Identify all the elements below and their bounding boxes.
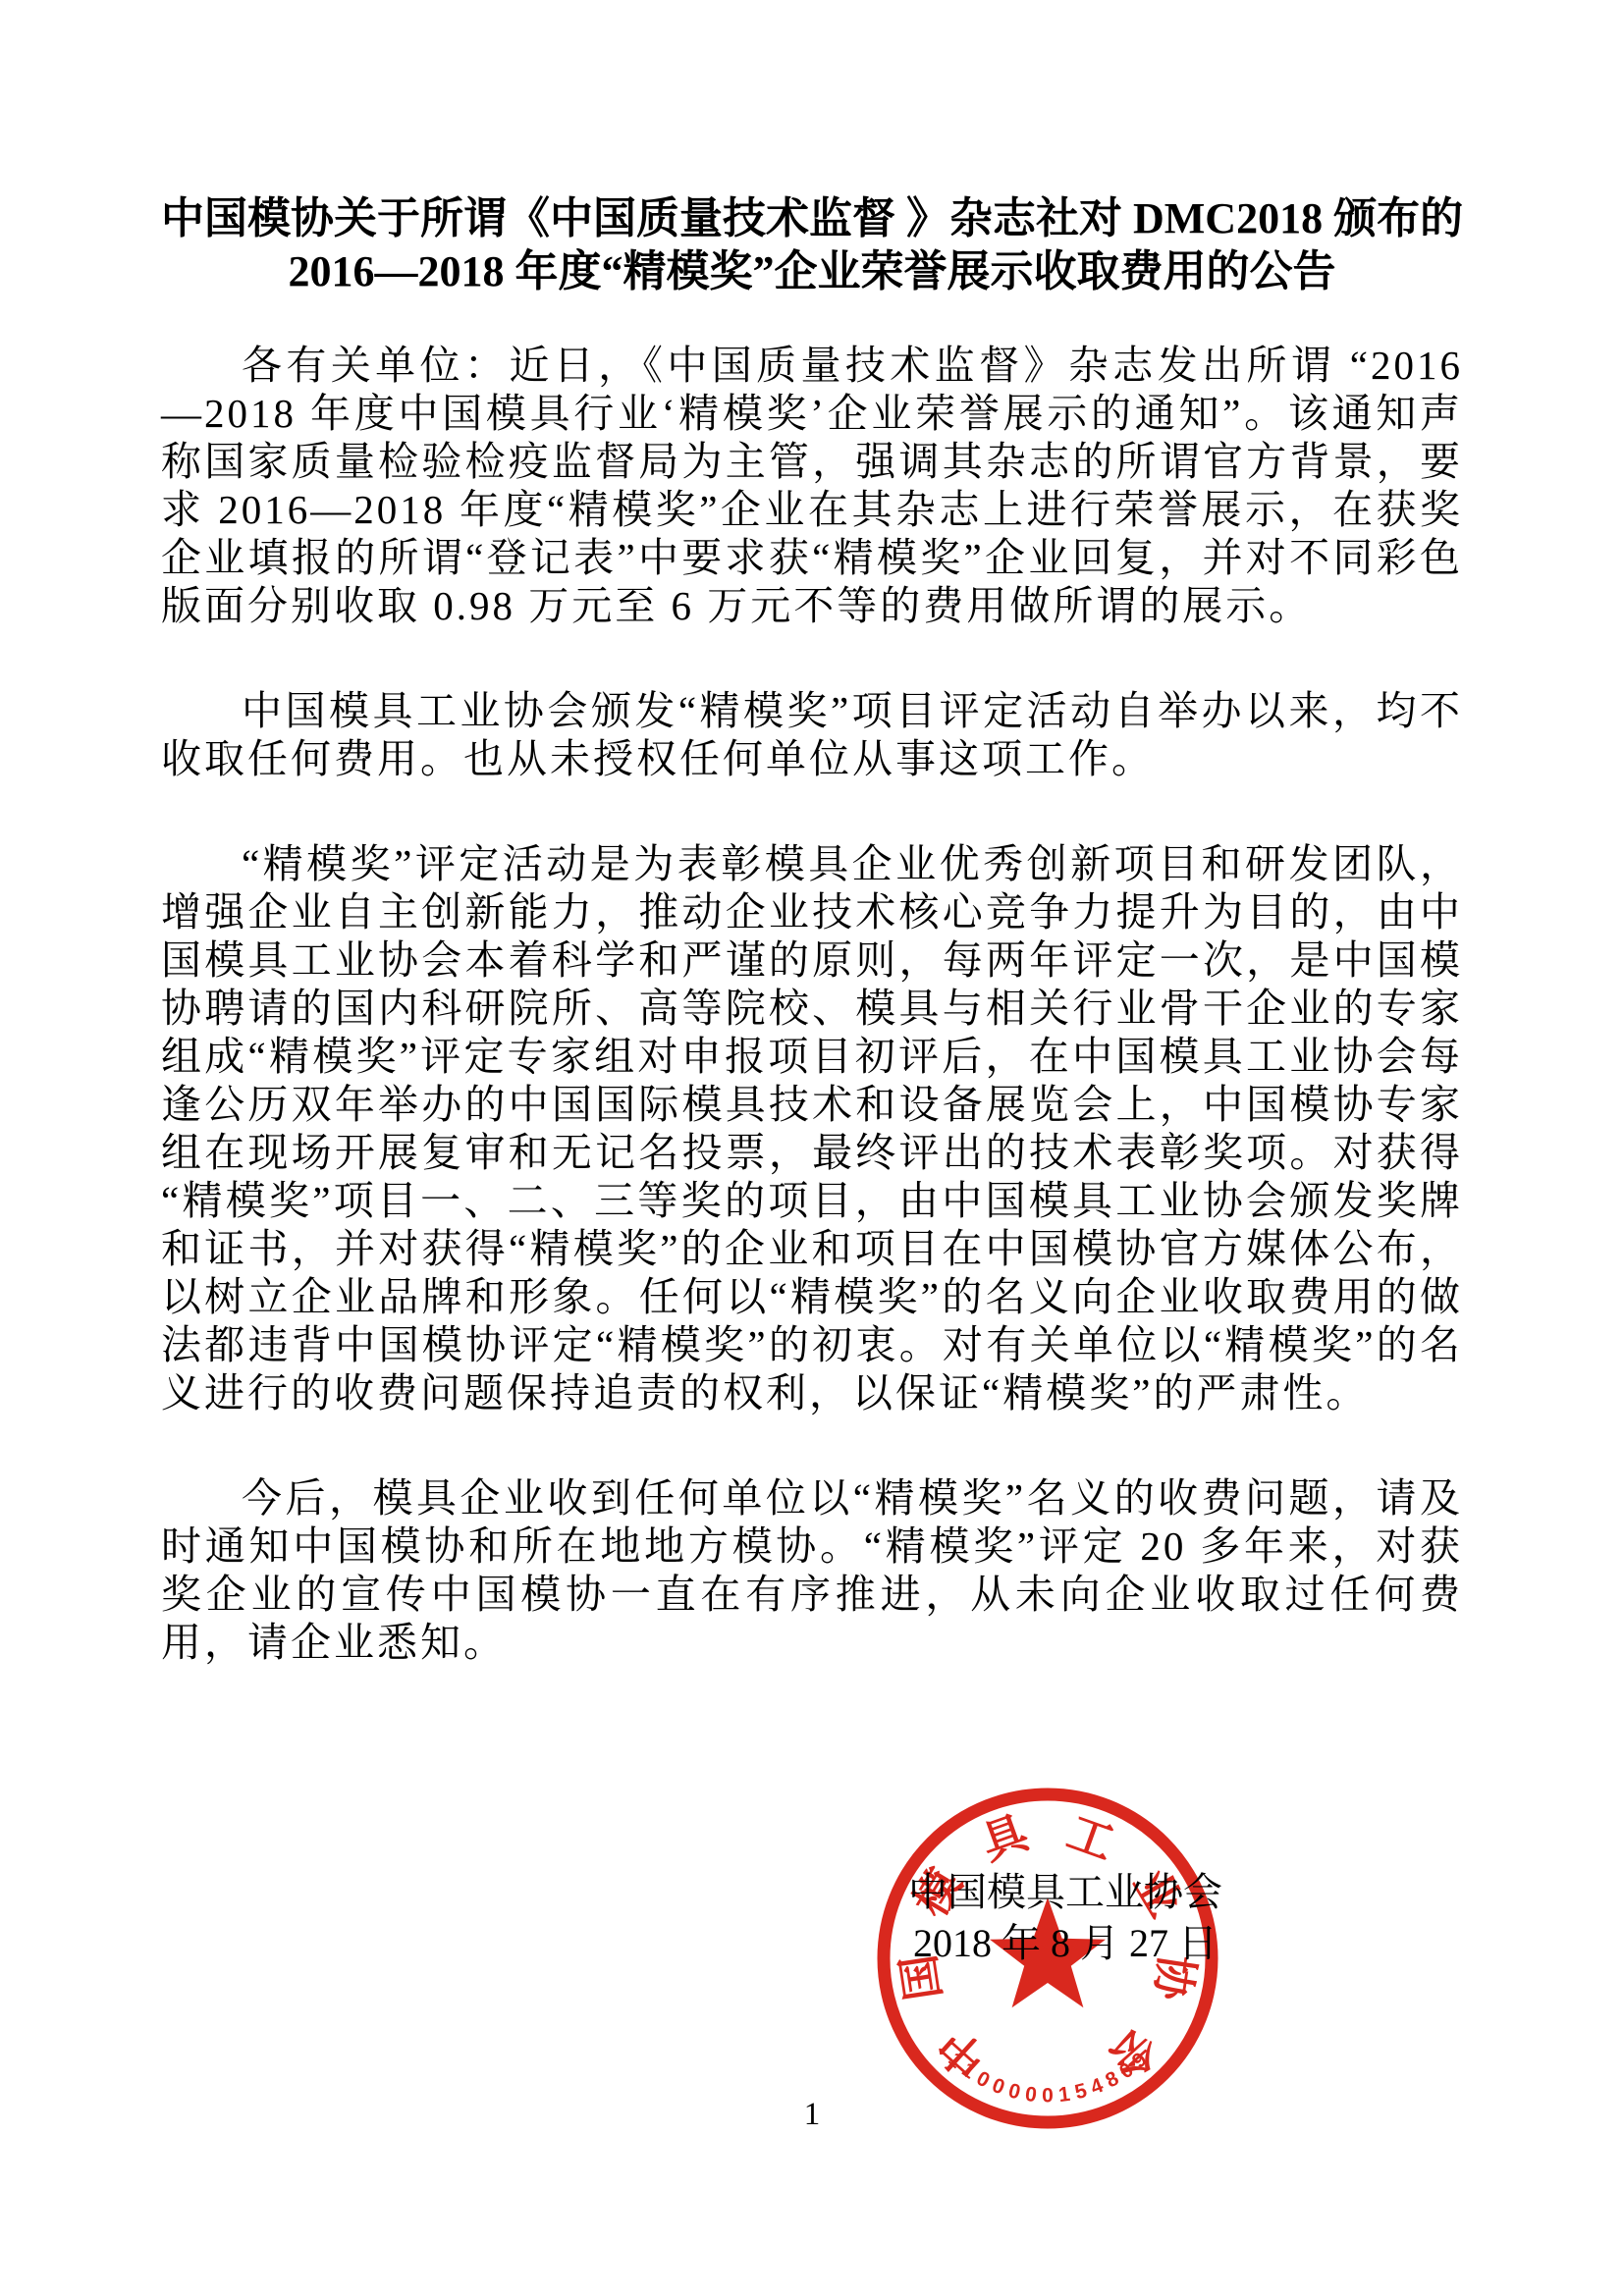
paragraph-3: “精模奖”评定活动是为表彰模具企业优秀创新项目和研发团队，增强企业自主创新能力，…: [161, 840, 1463, 1417]
svg-text:4: 4: [1088, 2074, 1107, 2100]
page-number: 1: [0, 2097, 1624, 2133]
svg-text:具: 具: [975, 1806, 1036, 1869]
svg-text:0: 0: [1115, 2058, 1138, 2084]
svg-text:1: 1: [957, 2058, 980, 2084]
signature-org: 中国模具工业协会: [869, 1867, 1262, 1918]
paragraph-4: 今后，模具企业收到任何单位以“精模奖”名义的收费问题，请及时通知中国模协和所在地…: [161, 1474, 1463, 1667]
document-page: 中国模协关于所谓《中国质量技术监督 》杂志社对 DMC2018 颁布的 2016…: [0, 0, 1624, 2296]
document-title-line-2: 2016—2018 年度“精模奖”企业荣誉展示收取费用的公告: [161, 245, 1463, 298]
svg-text:0: 0: [989, 2074, 1007, 2100]
svg-text:8: 8: [1102, 2067, 1122, 2093]
svg-text:会: 会: [1100, 2019, 1166, 2087]
signature-date: 2018 年 8 月 27 日: [869, 1918, 1262, 1969]
signature-block: 中国模具工业协会 2018 年 8 月 27 日: [869, 1867, 1262, 1969]
svg-text:中: 中: [929, 2019, 996, 2087]
document-body: 中国模协关于所谓《中国质量技术监督 》杂志社对 DMC2018 颁布的 2016…: [161, 192, 1463, 1724]
document-title-line-1: 中国模协关于所谓《中国质量技术监督 》杂志社对 DMC2018 颁布的: [161, 192, 1463, 245]
svg-text:0: 0: [973, 2067, 994, 2093]
svg-text:工: 工: [1061, 1807, 1121, 1870]
document-title: 中国模协关于所谓《中国质量技术监督 》杂志社对 DMC2018 颁布的 2016…: [161, 192, 1463, 298]
svg-text:9: 9: [1128, 2049, 1152, 2073]
svg-text:1: 1: [944, 2049, 967, 2073]
paragraph-2: 中国模具工业协会颁发“精模奖”项目评定活动自举办以来，均不收取任何费用。也从未授…: [161, 687, 1463, 783]
paragraph-1: 各有关单位：近日，《中国质量技术监督》杂志发出所谓 “2016—2018 年度中…: [161, 342, 1463, 630]
